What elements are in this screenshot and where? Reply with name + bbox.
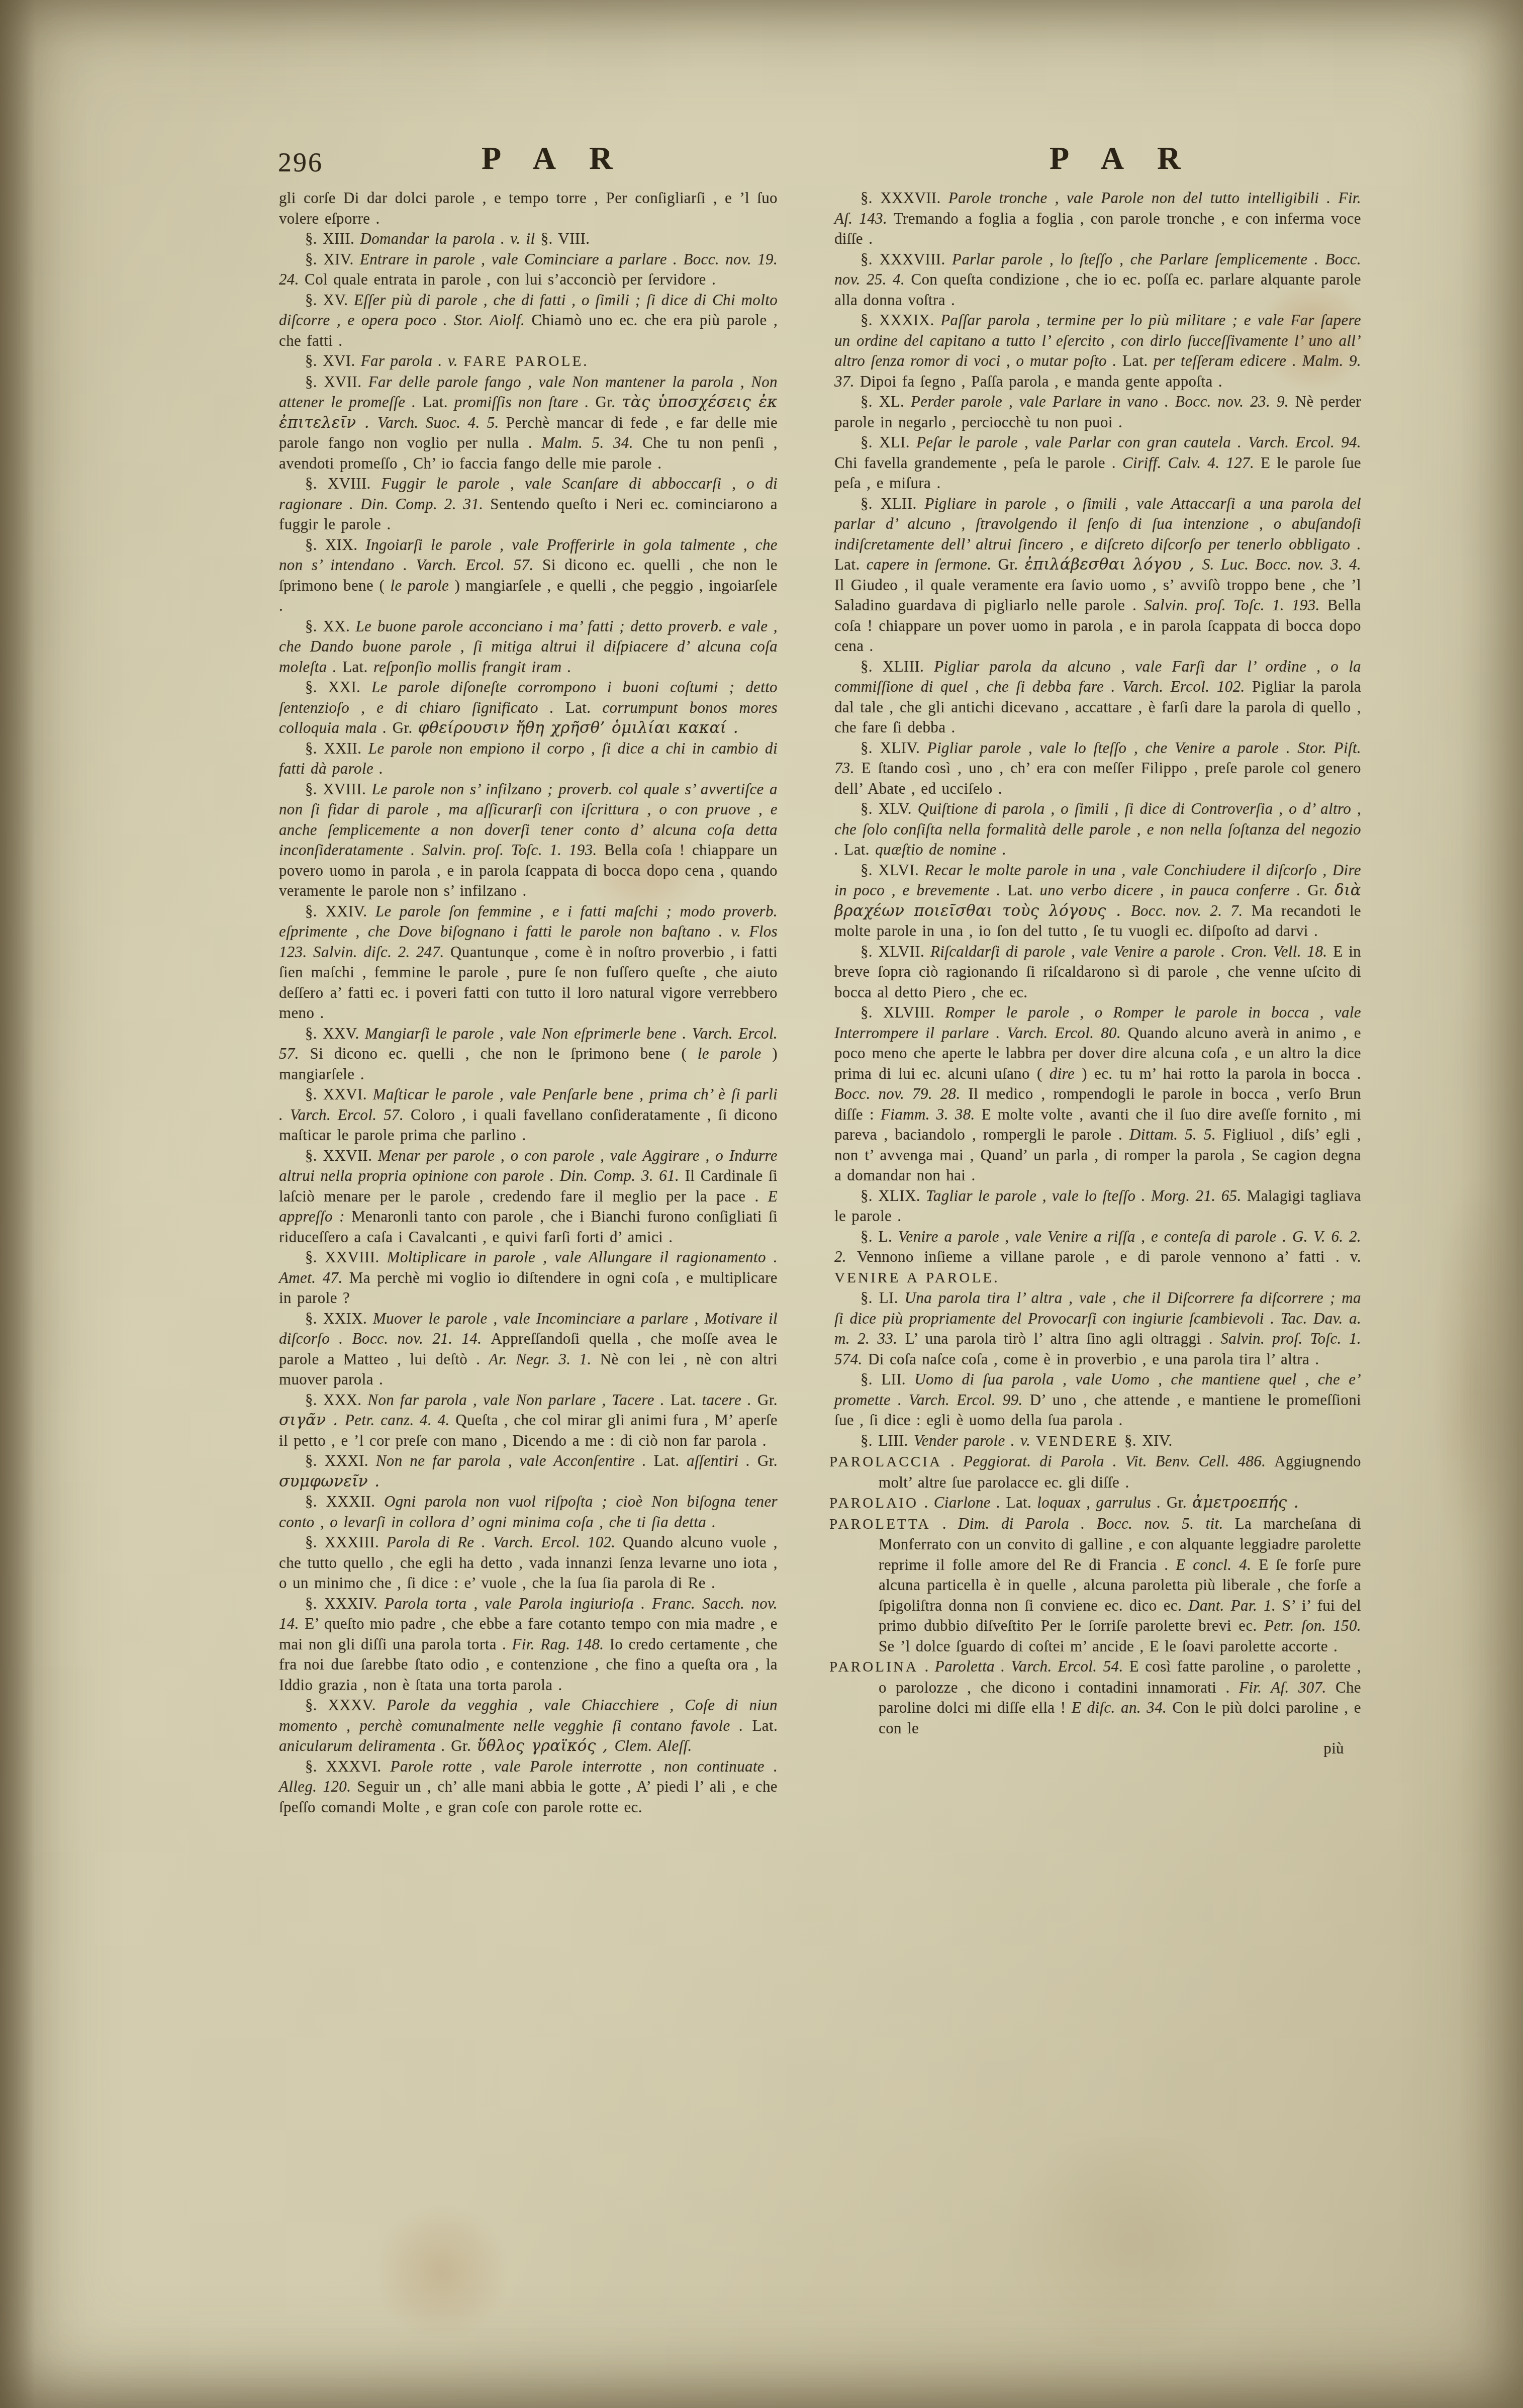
section-paragraph: §. LI. Una parola tira l’ altra , vale ,… [834,1288,1361,1369]
section-paragraph: gli corſe Di dar dolci parole , e tempo … [279,188,778,229]
paper-stain [955,2137,1307,2348]
section-paragraph: §. XLVIII. Romper le parole , o Romper l… [834,1002,1361,1186]
section-paragraph: §. XXXIII. Parola di Re . Varch. Ercol. … [279,1532,778,1594]
section-paragraph: §. XXVIII. Moltiplicare in parole , vale… [279,1247,778,1309]
page-number: 296 [278,147,323,178]
section-paragraph: §. XLIII. Pigliar parola da alcuno , val… [834,657,1361,738]
entry-paragraph: PAROLINA . Paroletta . Varch. Ercol. 54.… [834,1656,1361,1738]
section-paragraph: §. XLVII. Riſcaldarſi di parole , vale V… [834,942,1361,1003]
section-paragraph: §. XXVI. Maſticar le parole , vale Penſa… [279,1084,778,1146]
section-paragraph: §. XXXI. Non ne far parola , vale Acconſ… [279,1451,778,1492]
running-head-left: P A R [482,140,626,177]
section-paragraph: §. XLI. Peſar le parole , vale Parlar co… [834,432,1361,494]
section-paragraph: §. XLII. Pigliare in parole , o ſimili ,… [834,494,1361,657]
paper-stain [1427,1156,1523,1609]
running-head-right: P A R [1050,140,1194,177]
section-paragraph: §. XXI. Le parole diſoneſte corrompono i… [279,677,778,738]
page-gutter-shadow [0,0,35,2408]
book-page: 296 P A R P A R gli corſe Di dar dolci p… [0,0,1523,2408]
section-paragraph: §. XXIV. Le parole ſon femmine , e i fat… [279,901,778,1024]
section-paragraph: §. L. Venire a parole , vale Venire a ri… [834,1227,1361,1288]
section-paragraph: §. XLIX. Tagliar le parole , vale lo ſte… [834,1186,1361,1227]
section-paragraph: §. XX. Le buone parole acconciano i ma’ … [279,616,778,678]
section-paragraph: §. XXXV. Parole da vegghia , vale Chiacc… [279,1695,778,1756]
section-paragraph: §. XV. Eſſer più di parole , che di fatt… [279,290,778,351]
entry-paragraph: PAROLETTA . Dim. di Parola . Bocc. nov. … [834,1514,1361,1657]
section-paragraph: §. XXV. Mangiarſi le parole , vale Non e… [279,1024,778,1085]
section-paragraph: §. XXVII. Menar per parole , o con parol… [279,1146,778,1248]
section-paragraph: §. XVIII. Fuggir le parole , vale Scanſa… [279,474,778,535]
section-paragraph: §. XXXVIII. Parlar parole , lo ſteſſo , … [834,249,1361,311]
section-paragraph: §. XLVI. Recar le molte parole in una , … [834,860,1361,942]
text-column-left: gli corſe Di dar dolci parole , e tempo … [279,188,778,1817]
section-paragraph: §. LII. Uomo di ſua parola , vale Uomo ,… [834,1369,1361,1431]
section-paragraph: §. XXXIV. Parola torta , vale Parola ing… [279,1594,778,1696]
section-paragraph: §. XXXII. Ogni parola non vuol riſpoſta … [279,1492,778,1532]
section-paragraph: §. XLIV. Pigliar parole , vale lo ſteſſo… [834,738,1361,799]
section-paragraph: §. XVIII. Le parole non s’ infilzano ; p… [279,779,778,901]
section-paragraph: §. XXXIX. Paſſar parola , termine per lo… [834,310,1361,392]
section-paragraph: §. XLV. Quiſtione di parola , o ſimili ,… [834,799,1361,860]
section-paragraph: §. XIII. Domandar la parola . v. il §. V… [279,229,778,249]
paper-stain [352,2202,533,2343]
section-paragraph: §. XVII. Far delle parole fango , vale N… [279,372,778,474]
section-paragraph: §. XXXVI. Parole rotte , vale Parole int… [279,1756,778,1818]
section-paragraph: §. XXIX. Muover le parole , vale Incomin… [279,1309,778,1390]
entry-paragraph: PAROLAIO . Ciarlone . Lat. loquax , garr… [834,1493,1361,1514]
section-paragraph: §. XL. Perder parole , vale Parlare in v… [834,392,1361,432]
section-paragraph: §. XXXVII. Parole tronche , vale Parole … [834,188,1361,249]
section-paragraph: §. XVI. Far parola . v. FARE PAROLE. [279,351,778,372]
catchword: più [834,1738,1361,1759]
section-paragraph: §. XIV. Entrare in parole , vale Cominci… [279,249,778,290]
section-paragraph: §. XXX. Non far parola , vale Non parlar… [279,1390,778,1451]
section-paragraph: §. XXII. Le parole non empiono il corpo … [279,738,778,779]
section-paragraph: §. XIX. Ingoiarſi le parole , vale Proff… [279,535,778,616]
section-paragraph: §. LIII. Vender parole . v. VENDERE §. X… [834,1431,1361,1452]
text-column-right: §. XXXVII. Parole tronche , vale Parole … [834,188,1361,1759]
entry-paragraph: PAROLACCIA . Peggiorat. di Parola . Vit.… [834,1451,1361,1493]
